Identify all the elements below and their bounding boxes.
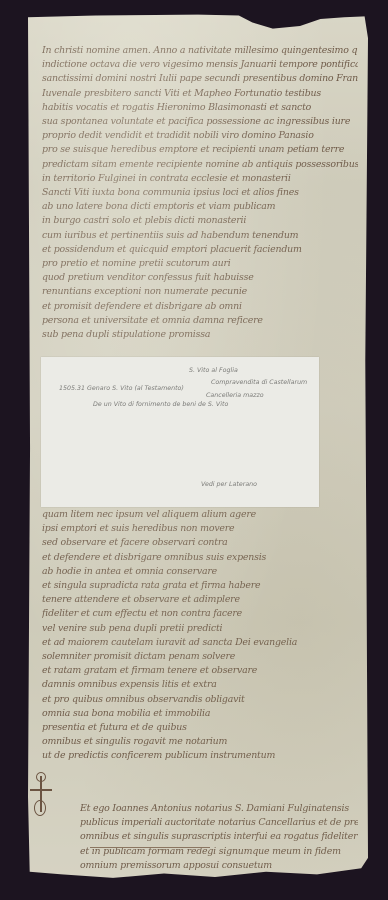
charter-body-upper: In christi nomine amen. Anno a nativitat… [42,44,358,342]
text-line: Iuvenale presbitero sancti Viti et Maphe… [42,87,358,101]
closing-flourish-line [90,847,210,848]
note-subject: Compravendita di Castellarum [211,379,307,386]
text-line: cum iuribus et pertinentiis suis ad habe… [42,229,358,243]
text-line: sanctissimi domini nostri Iulii pape sec… [42,72,358,86]
text-line: ab uno latere bona dicti emptoris et via… [42,200,358,214]
text-line: Et ego Ioannes Antonius notarius S. Dami… [80,802,358,816]
text-line: ut de predictis conficerem publicum inst… [42,749,358,763]
text-line: sub pena dupli stipulatione promissa [42,328,358,342]
text-line: ipsi emptori et suis heredibus non mover… [42,522,358,536]
text-line: quod pretium venditor confessus fuit hab… [42,271,358,285]
notary-sign-icon [28,772,54,822]
text-line: damnis omnibus expensis litis et extra [42,678,358,692]
text-line: in burgo castri solo et plebis dicti mon… [42,214,358,228]
text-line: Sancti Viti iuxta bona communia ipsius l… [42,186,358,200]
note-crossref: Vedi per Laterano [201,481,257,488]
note-description: De un Vito di fornimento de beni de S. V… [93,401,228,408]
text-line: omnia sua bona mobilia et immobilia [42,707,358,721]
note-collection: Cancelleria mazzo [206,392,264,399]
text-line: et possidendum et quicquid emptori placu… [42,243,358,257]
text-line: proprio dedit vendidit et tradidit nobil… [42,129,358,143]
text-line: et pro quibus omnibus observandis obliga… [42,693,358,707]
text-line: et singula supradicta rata grata et firm… [42,579,358,593]
text-line: In christi nomine amen. Anno a nativitat… [42,44,358,58]
text-line: sua spontanea voluntate et pacifica poss… [42,115,358,129]
text-line: ab hodie in antea et omnia conservare [42,565,358,579]
text-line: persona et universitate et omnia damna r… [42,314,358,328]
text-line: vel venire sub pena dupli pretii predict… [42,622,358,636]
text-line: habitis vocatis et rogatis Hieronimo Bla… [42,101,358,115]
text-line: et promisit defendere et disbrigare ab o… [42,300,358,314]
note-location: S. Vito al Foglia [189,367,238,374]
text-line: et ad maiorem cautelam iuravit ad sancta… [42,636,358,650]
text-line: renuntians exceptioni non numerate pecun… [42,285,358,299]
text-line: omnibus et singulis rogavit me notarium [42,735,358,749]
text-line: predictam sitam emente recipiente nomine… [42,158,358,172]
text-line: fideliter et cum effectu et non contra f… [42,607,358,621]
text-line: omnium premissorum apposui consuetum [80,859,358,873]
text-line: pro se suisque heredibus emptore et reci… [42,143,358,157]
text-line: publicus imperiali auctoritate notarius … [80,816,358,830]
text-line: solemniter promisit dictam penam solvere [42,650,358,664]
text-line: et defendere et disbrigare omnibus suis … [42,551,358,565]
text-line: pro pretio et nomine pretii scutorum aur… [42,257,358,271]
charter-body-lower: quam litem nec ipsum vel aliquem alium a… [42,508,358,764]
text-line: indictione octava die vero vigesimo mens… [42,58,358,72]
archival-note-slip: S. Vito al Foglia Cancelleria mazzo Comp… [41,357,319,507]
text-line: in territorio Fulginei in contrata eccle… [42,172,358,186]
text-line: tenere attendere et observare et adimple… [42,593,358,607]
text-line: omnibus et singulis suprascriptis interf… [80,830,358,844]
text-line: sed observare et facere observari contra [42,536,358,550]
note-date-title: 1505.31 Genaro S. Vito (al Testamento) [59,385,184,392]
text-line: presentia et futura et de quibus [42,721,358,735]
text-line: quam litem nec ipsum vel aliquem alium a… [42,508,358,522]
text-line: et ratam gratam et firmam tenere et obse… [42,664,358,678]
notary-subscription: Et ego Ioannes Antonius notarius S. Dami… [80,802,358,873]
